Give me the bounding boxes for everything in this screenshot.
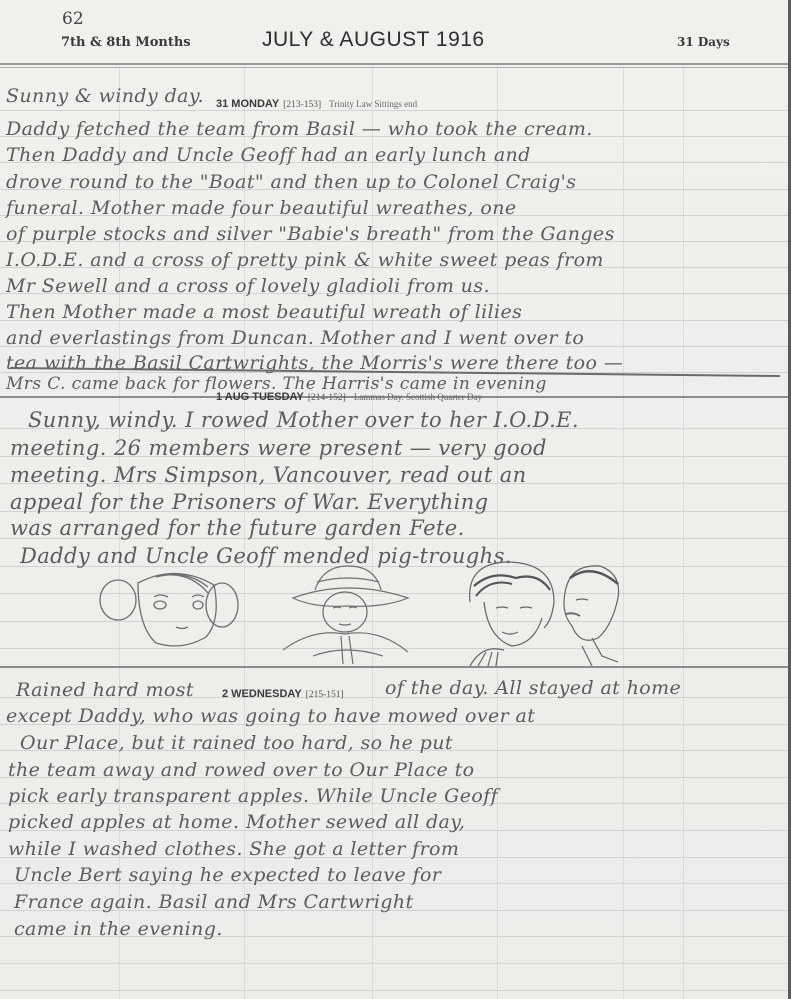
handwritten-line: appeal for the Prisoners of War. Everyth…: [10, 490, 489, 514]
handwritten-line: meeting. 26 members were present — very …: [10, 436, 547, 460]
handwritten-line: Uncle Bert saying he expected to leave f…: [14, 864, 441, 886]
handwritten-line: except Daddy, who was going to have mowe…: [6, 705, 535, 727]
diary-page: 62 7th & 8th Months JULY & AUGUST 1916 3…: [0, 0, 791, 999]
day-header: 1 AUG TUESDAY[214-152]Lammas Day. Scotti…: [216, 387, 482, 405]
header-divider: [0, 63, 788, 65]
day-numbers: [215-151]: [306, 690, 344, 700]
day-header: 2 WEDNESDAY[215-151]: [222, 684, 344, 702]
handwritten-line: Our Place, but it rained too hard, so he…: [20, 732, 453, 754]
months-label: 7th & 8th Months: [61, 35, 191, 50]
handwritten-line: pick early transparent apples. While Unc…: [8, 785, 498, 807]
day-date: 2 WEDNESDAY: [222, 688, 302, 700]
column-rule: [623, 66, 624, 999]
handwritten-line: came in the evening.: [14, 918, 223, 940]
handwritten-line: funeral. Mother made four beautiful wrea…: [6, 197, 517, 219]
handwritten-line: Mr Sewell and a cross of lovely gladioli…: [6, 275, 490, 297]
couple-sketch: [462, 556, 632, 668]
handwritten-line: Sunny, windy. I rowed Mother over to her…: [28, 408, 579, 432]
day-date: 1 AUG TUESDAY: [216, 391, 304, 403]
day-numbers: [214-152]: [308, 393, 346, 403]
handwritten-line: drove round to the "Boat" and then up to…: [6, 171, 576, 193]
handwritten-line: meeting. Mrs Simpson, Vancouver, read ou…: [10, 463, 527, 487]
header-divider: [0, 67, 788, 68]
handwritten-line: the team away and rowed over to Our Plac…: [8, 759, 474, 781]
days-label: 31 Days: [677, 35, 730, 49]
handwritten-line: Then Mother made a most beautiful wreath…: [6, 301, 522, 323]
handwritten-line: France again. Basil and Mrs Cartwright: [14, 891, 414, 913]
ruled-line: [0, 990, 788, 991]
handwritten-line: I.O.D.E. and a cross of pretty pink & wh…: [6, 249, 604, 271]
column-rule: [683, 66, 684, 999]
handwritten-line: of the day. All stayed at home: [385, 677, 681, 699]
handwritten-line: and everlastings from Duncan. Mother and…: [6, 327, 584, 349]
handwritten-line: Daddy and Uncle Geoff mended pig-troughs…: [20, 544, 512, 568]
handwritten-line: Daddy fetched the team from Basil — who …: [6, 118, 593, 140]
handwritten-line: picked apples at home. Mother sewed all …: [8, 811, 465, 833]
handwritten-line: Sunny & windy day.: [6, 85, 204, 107]
day-date: 31 MONDAY: [216, 98, 279, 110]
girl-in-hat-sketch: [283, 560, 413, 665]
handwritten-line: Rained hard most: [16, 679, 194, 701]
handwritten-line: of purple stocks and silver "Babie's bre…: [6, 223, 615, 245]
day-header: 31 MONDAY[213-153]Trinity Law Sittings e…: [216, 94, 417, 112]
handwritten-line: was arranged for the future garden Fete.: [10, 516, 465, 540]
day-divider: [0, 666, 788, 668]
handwritten-line: Then Daddy and Uncle Geoff had an early …: [6, 144, 531, 166]
handwritten-line: while I washed clothes. She got a letter…: [8, 838, 459, 860]
day-numbers: [213-153]: [283, 100, 321, 110]
girl-face-sketch: [96, 565, 246, 655]
page-number: 62: [62, 9, 84, 29]
ruled-line: [0, 963, 788, 964]
day-note: Lammas Day. Scottish Quarter Day: [354, 392, 482, 402]
page-title: JULY & AUGUST 1916: [262, 28, 485, 52]
day-note: Trinity Law Sittings end: [329, 99, 417, 109]
